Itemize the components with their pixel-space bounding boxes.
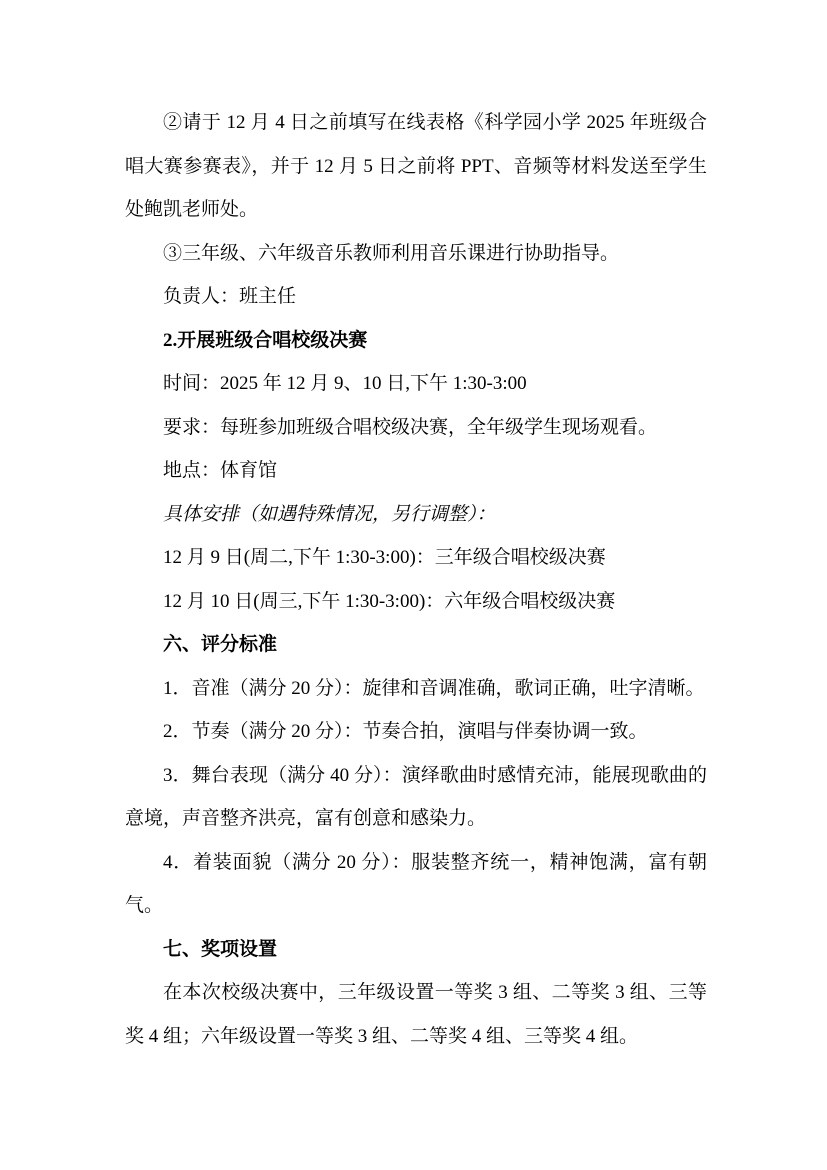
paragraph-criteria-3: 3．舞台表现（满分 40 分）：演绎歌曲时感情充沛，能展现歌曲的意境，声音整齐洪…	[125, 754, 707, 841]
paragraph-final-require: 要求：每班参加班级合唱校级决赛，全年级学生现场观看。	[125, 406, 707, 450]
heading-final-round: 2.开展班级合唱校级决赛	[125, 319, 707, 363]
paragraph-awards-detail: 在本次校级决赛中，三年级设置一等奖 3 组、二等奖 3 组、三等奖 4 组；六年…	[125, 971, 707, 1058]
paragraph-schedule-day-1: 12 月 9 日(周二,下午 1:30-3:00)：三年级合唱校级决赛	[125, 536, 707, 580]
paragraph-final-location: 地点：体育馆	[125, 449, 707, 493]
heading-section-6: 六、评分标准	[125, 623, 707, 667]
paragraph-criteria-4: 4．着装面貌（满分 20 分）：服装整齐统一，精神饱满，富有朝气。	[125, 841, 707, 928]
paragraph-responsible: 负责人：班主任	[125, 275, 707, 319]
paragraph-schedule-intro: 具体安排（如遇特殊情况，另行调整）：	[125, 493, 707, 537]
paragraph-criteria-2: 2．节奏（满分 20 分）：节奏合拍，演唱与伴奏协调一致。	[125, 710, 707, 754]
document-page: ②请于 12 月 4 日之前填写在线表格《科学园小学 2025 年班级合唱大赛参…	[0, 0, 827, 1170]
heading-section-7: 七、奖项设置	[125, 928, 707, 972]
paragraph-criteria-1: 1．音准（满分 20 分）：旋律和音调准确，歌词正确，吐字清晰。	[125, 667, 707, 711]
paragraph-final-time: 时间：2025 年 12 月 9、10 日,下午 1:30-3:00	[125, 362, 707, 406]
paragraph-notice-step-2: ②请于 12 月 4 日之前填写在线表格《科学园小学 2025 年班级合唱大赛参…	[125, 101, 707, 232]
paragraph-schedule-day-2: 12 月 10 日(周三,下午 1:30-3:00)：六年级合唱校级决赛	[125, 580, 707, 624]
paragraph-notice-step-3: ③三年级、六年级音乐教师利用音乐课进行协助指导。	[125, 232, 707, 276]
